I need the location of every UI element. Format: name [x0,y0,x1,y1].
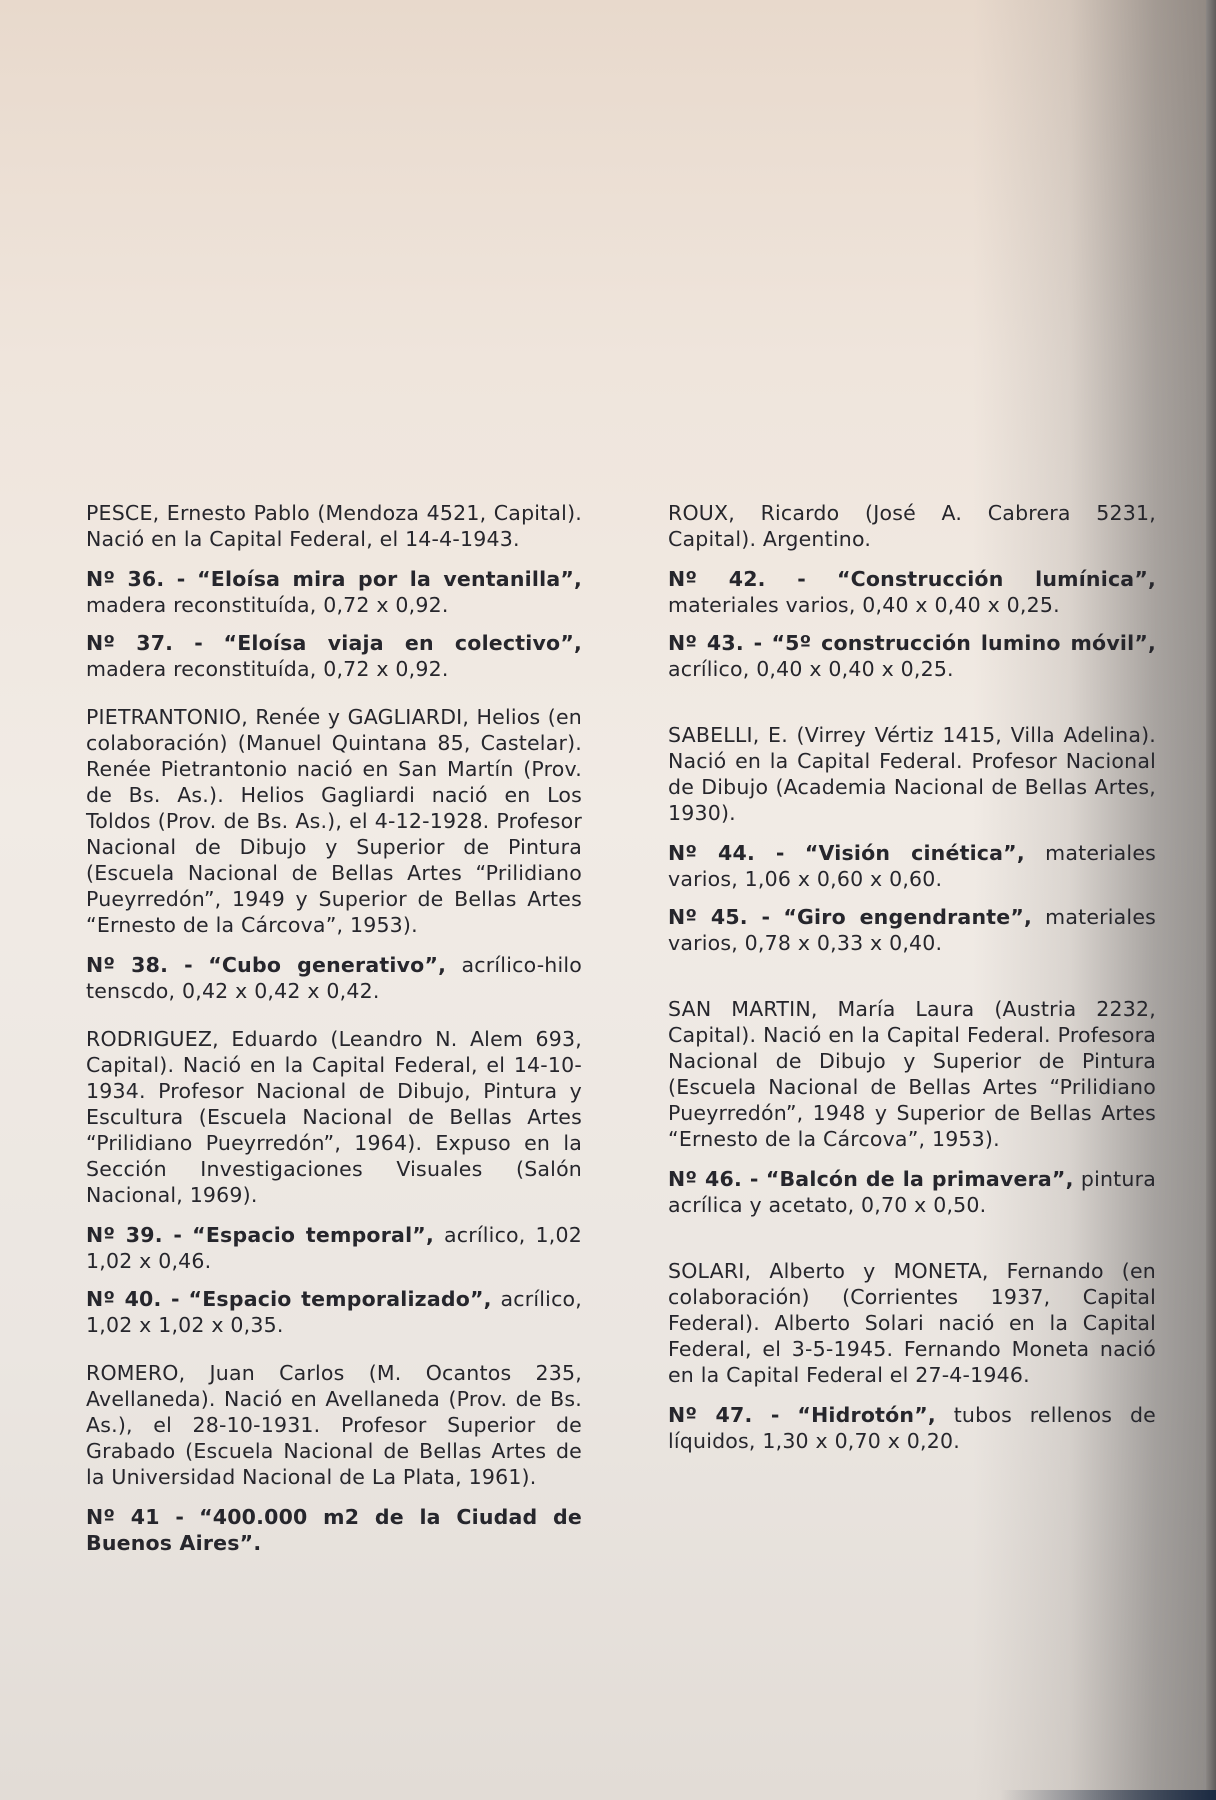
artwork-title: “Hidrotón”, [797,1403,935,1427]
artwork-number: Nº 44. - [668,841,785,865]
artwork-entry: Nº 41 - “400.000 m2 de la Ciudad de Buen… [86,1504,582,1556]
artwork-details: materiales varios, 0,40 x 0,40 x 0,25. [668,593,1060,617]
artwork-title: “Cubo generativo”, [208,953,446,977]
artist-bio: PESCE, Ernesto Pablo (Mendoza 4521, Capi… [86,500,582,552]
page-edge-shadow [1206,0,1216,1800]
artwork-number: Nº 46. - [668,1167,759,1191]
artwork-entry: Nº 42. - “Construcción lumínica”, materi… [668,566,1156,618]
artwork-number: Nº 43. - [668,631,762,655]
artwork-entry: Nº 45. - “Giro engendrante”, materiales … [668,904,1156,956]
artwork-title: “Giro engendrante”, [783,905,1032,929]
artwork-number: Nº 40. - [86,1287,180,1311]
right-column: ROUX, Ricardo (José A. Cabrera 5231, Cap… [668,500,1156,1494]
artwork-title: “Eloísa mira por la ventanilla”, [197,567,582,591]
artist-bio: ROUX, Ricardo (José A. Cabrera 5231, Cap… [668,500,1156,552]
artwork-title: “5º construcción lumino móvil”, [771,631,1156,655]
artwork-title: “Eloísa viaja en colectivo”, [224,631,582,655]
artwork-entry: Nº 36. - “Eloísa mira por la ventanilla”… [86,566,582,618]
artwork-number: Nº 39. - [86,1223,182,1247]
artwork-details: madera reconstituída, 0,72 x 0,92. [86,593,449,617]
artist-entry-solari-moneta: SOLARI, Alberto y MONETA, Fernando (en c… [668,1258,1156,1454]
artwork-number: Nº 47. - [668,1403,780,1427]
artwork-details: acrílico, 0,40 x 0,40 x 0,25. [668,657,954,681]
artwork-entry: Nº 37. - “Eloísa viaja en colectivo”, ma… [86,630,582,682]
left-column: PESCE, Ernesto Pablo (Mendoza 4521, Capi… [86,500,582,1578]
artwork-entry: Nº 46. - “Balcón de la primavera”, pintu… [668,1166,1156,1218]
artwork-number: Nº 41 - [86,1505,184,1529]
artist-bio: SOLARI, Alberto y MONETA, Fernando (en c… [668,1258,1156,1388]
artwork-number: Nº 37. - [86,631,203,655]
artist-bio: PIETRANTONIO, Renée y GAGLIARDI, Helios … [86,704,582,938]
artwork-title: “Espacio temporal”, [192,1223,434,1247]
artwork-entry: Nº 40. - “Espacio temporalizado”, acríli… [86,1286,582,1338]
artwork-title: “Visión cinética”, [805,841,1025,865]
artist-entry-san-martin: SAN MARTIN, María Laura (Austria 2232, C… [668,996,1156,1218]
artwork-title: “Balcón de la primavera”, [766,1167,1074,1191]
artwork-title: “Construcción lumínica”, [837,567,1156,591]
artwork-entry: Nº 47. - “Hidrotón”, tubos rellenos de l… [668,1402,1156,1454]
artwork-entry: Nº 38. - “Cubo generativo”, acrílico-hil… [86,952,582,1004]
artwork-number: Nº 38. - [86,953,193,977]
artist-bio: SAN MARTIN, María Laura (Austria 2232, C… [668,996,1156,1152]
artwork-number: Nº 45. - [668,905,770,929]
artist-entry-pesce: PESCE, Ernesto Pablo (Mendoza 4521, Capi… [86,500,582,682]
artist-entry-pietrantonio: PIETRANTONIO, Renée y GAGLIARDI, Helios … [86,704,582,1004]
artwork-number: Nº 36. - [86,567,185,591]
artist-entry-romero: ROMERO, Juan Carlos (M. Ocantos 235, Ave… [86,1360,582,1556]
artist-bio: SABELLI, E. (Virrey Vértiz 1415, Villa A… [668,722,1156,826]
artist-bio: RODRIGUEZ, Eduardo (Leandro N. Alem 693,… [86,1026,582,1208]
artist-entry-sabelli: SABELLI, E. (Virrey Vértiz 1415, Villa A… [668,722,1156,956]
artwork-details: madera reconstituída, 0,72 x 0,92. [86,657,449,681]
artwork-number: Nº 42. - [668,567,806,591]
artwork-entry: Nº 44. - “Visión cinética”, materiales v… [668,840,1156,892]
artwork-entry: Nº 43. - “5º construcción lumino móvil”,… [668,630,1156,682]
artist-bio: ROMERO, Juan Carlos (M. Ocantos 235, Ave… [86,1360,582,1490]
artist-entry-roux: ROUX, Ricardo (José A. Cabrera 5231, Cap… [668,500,1156,682]
artist-entry-rodriguez: RODRIGUEZ, Eduardo (Leandro N. Alem 693,… [86,1026,582,1338]
artwork-title: “Espacio temporalizado”, [189,1287,492,1311]
page-bottom-edge [1000,1790,1216,1800]
artwork-entry: Nº 39. - “Espacio temporal”, acrílico, 1… [86,1222,582,1274]
